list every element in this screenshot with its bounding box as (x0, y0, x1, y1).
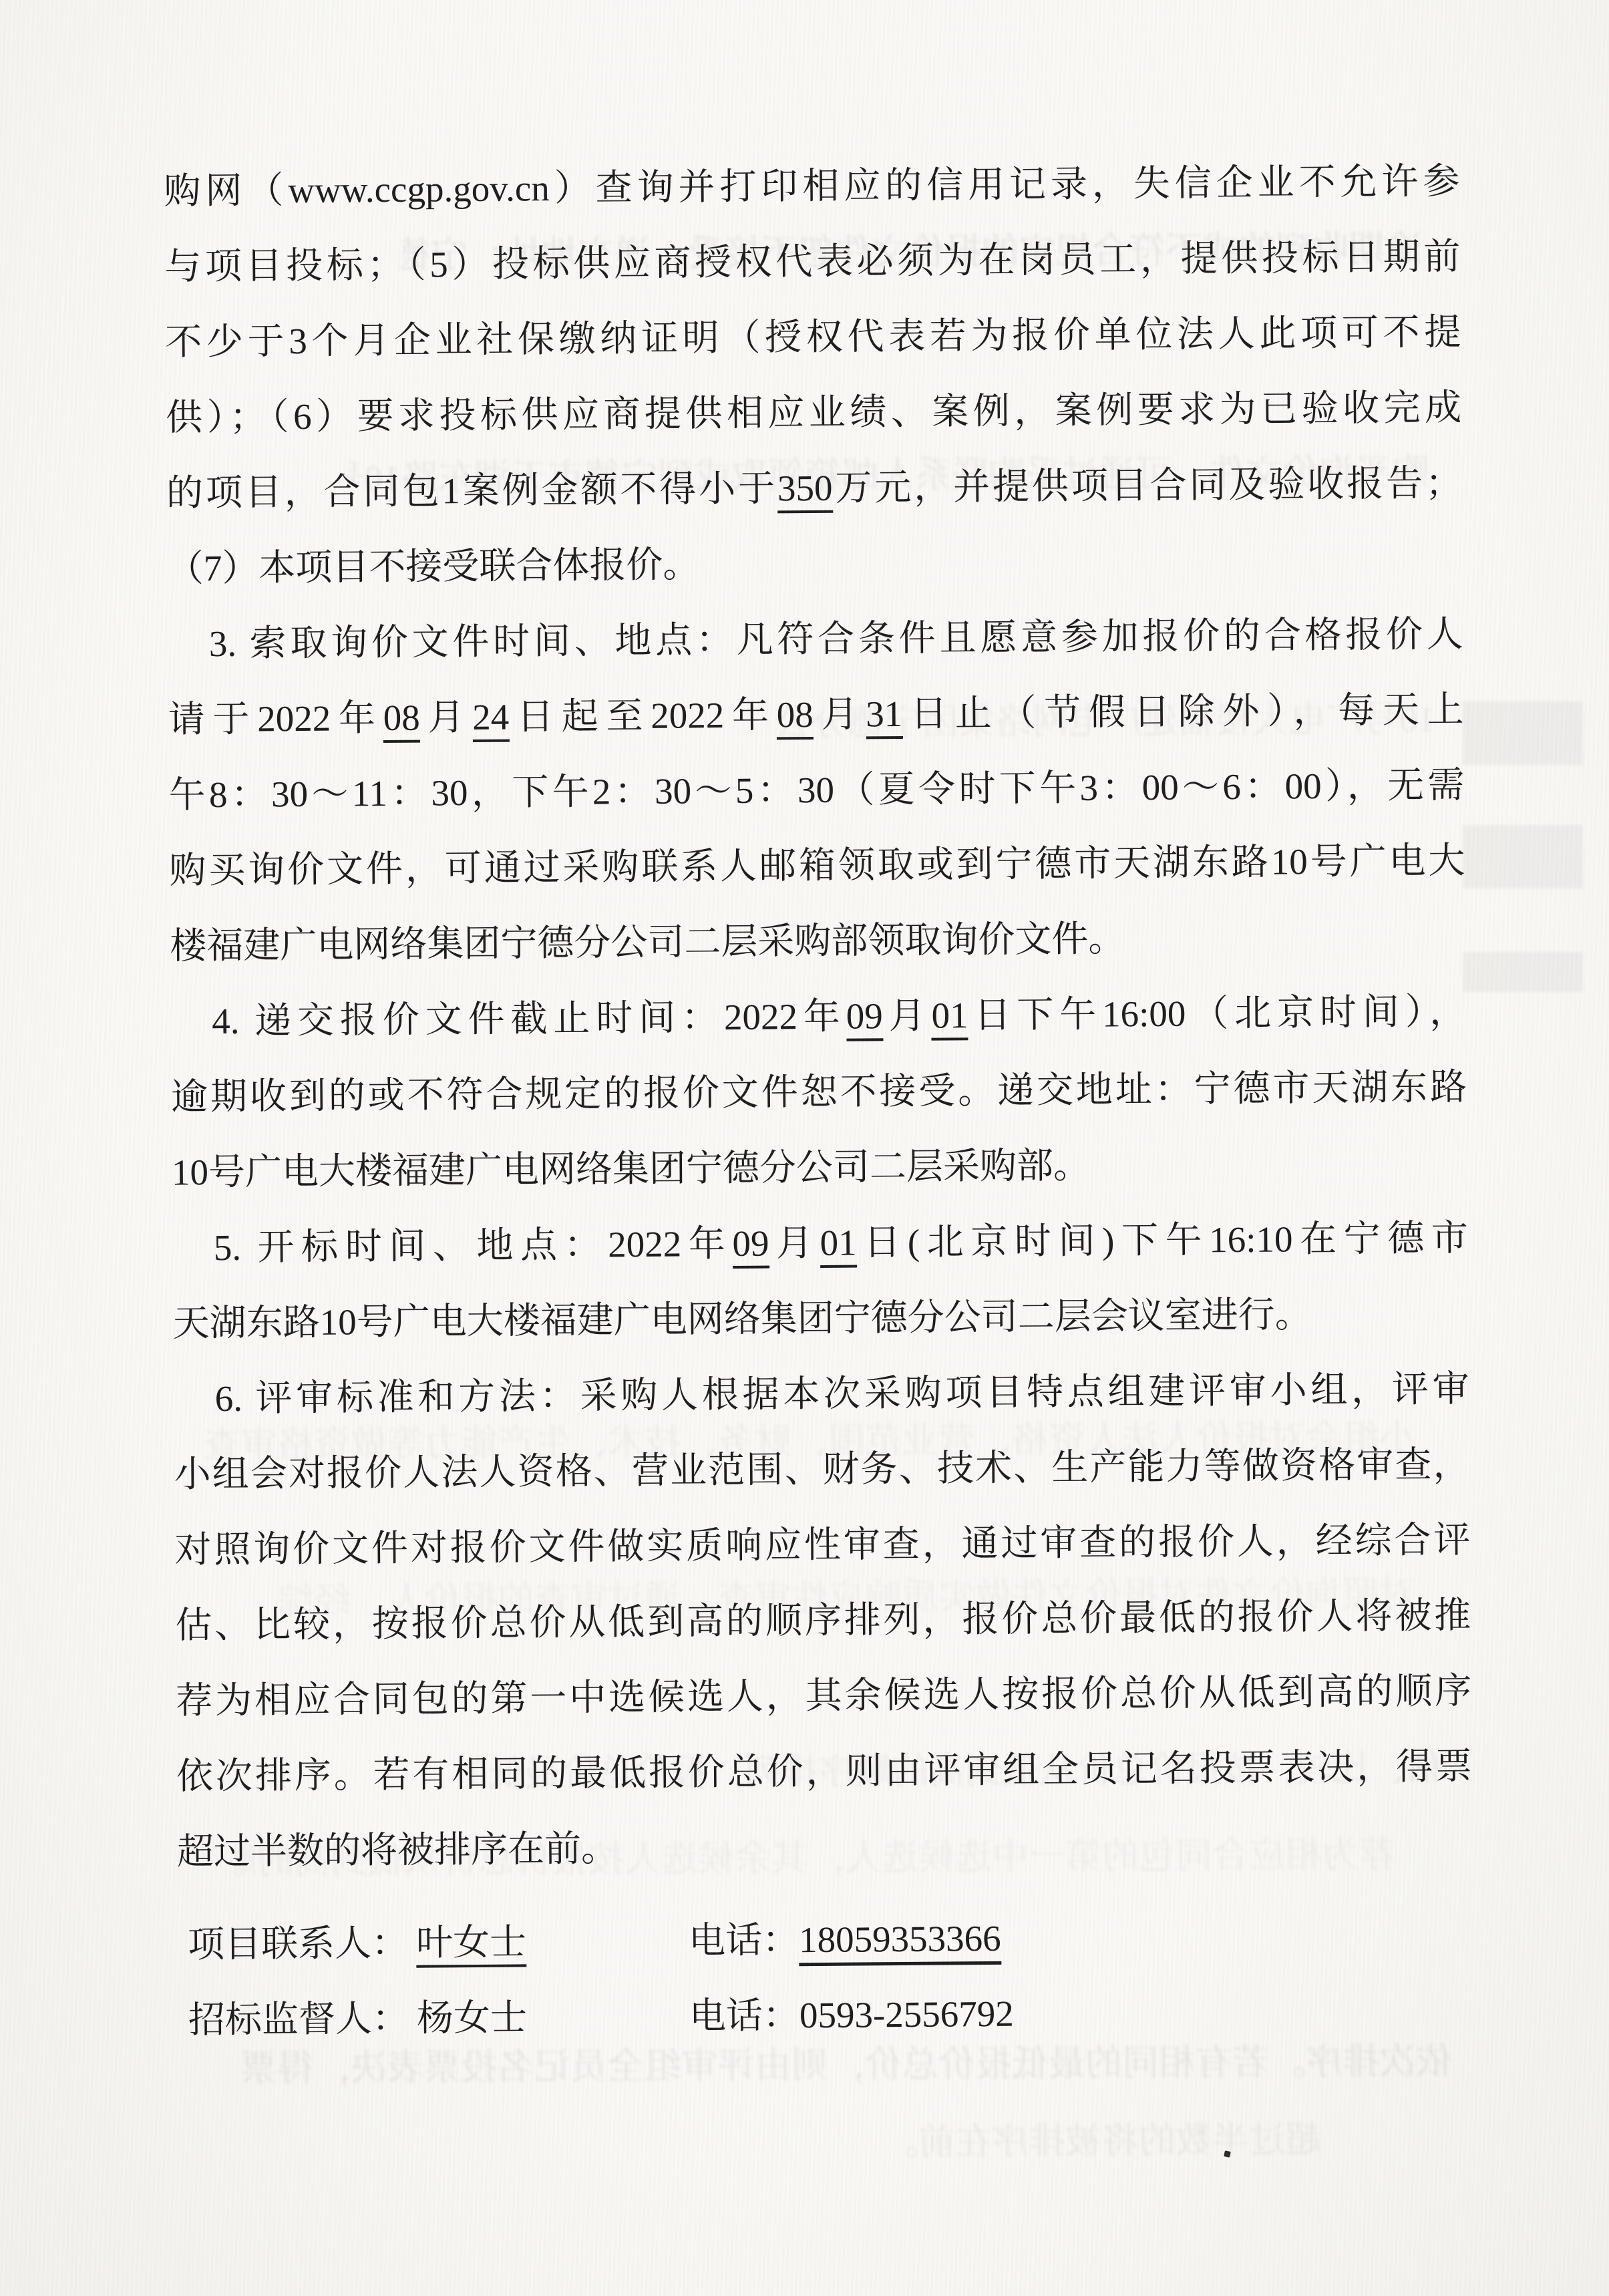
text-segment: 依次排序。若有相同的最低报价总价，则由评审组全员记名投票表决，得票 (176, 1746, 1472, 1796)
text-segment: 的项目，合同包1案例金额不得小于 (166, 468, 777, 513)
text-segment: 供）；（6）要求投标供应商提供相应业绩、案例，案例要求为已验收完成 (166, 387, 1461, 438)
text-line: 对照询价文件对报价文件做实质响应性审查，通过审查的报价人，经综合评 (174, 1502, 1471, 1587)
text-segment: 购买询价文件，可通过采购联系人邮箱领取或到宁德市天湖东路10号广电大 (169, 840, 1465, 890)
underlined-month: 09 (732, 1223, 769, 1269)
text-segment: 日(北京时间)下午16:10在宁德市 (856, 1217, 1468, 1263)
contact-label: 招标监督人： (188, 1998, 409, 2041)
text-line: 依次排序。若有相同的最低报价总价，则由评审组全员记名投票表决，得票 (176, 1728, 1473, 1814)
text-segment: 天湖东路10号广电大楼福建广电网络集团宁德分公司二层会议室进行。 (173, 1294, 1312, 1343)
bleedthrough-mark (1463, 952, 1583, 992)
text-line: 10号广电大楼福建广电网络集团宁德分公司二层采购部。 (172, 1124, 1468, 1210)
text-segment: 3. 索取询价文件时间、地点：凡符合条件且愿意参加报价的合格报价人 (209, 613, 1463, 664)
contact-label: 项目联系人： (188, 1923, 408, 1965)
bleedthrough-mark (1463, 701, 1583, 765)
text-segment: 对照询价文件对报价文件做实质响应性审查，通过审查的报价人，经综合评 (174, 1519, 1470, 1570)
text-line: 与项目投标；（5）投标供应商授权代表必须为在岗员工，提供投标日期前 (164, 218, 1461, 304)
text-segment: 楼福建广电网络集团宁德分公司二层采购部领取询价文件。 (170, 918, 1125, 966)
ink-speck (1224, 2150, 1231, 2158)
bleedthrough-mark (1463, 825, 1583, 888)
bleedthrough-text: 超过半数的将被排序在前。 (334, 2113, 1322, 2172)
text-segment: 日起至2022年 (509, 694, 777, 737)
text-segment: 逾期收到的或不符合规定的报价文件恕不接受。递交地址：宁德市天湖东路 (171, 1066, 1467, 1117)
text-line: 估、比较，按报价总价从低到高的顺序排列，报价总价最低的报价人将被推 (175, 1577, 1471, 1663)
text-segment: 月 (883, 995, 932, 1037)
text-segment: 请于2022年 (168, 697, 383, 740)
text-line: 楼福建广电网络集团宁德分公司二层采购部领取询价文件。 (170, 898, 1466, 983)
phone-group: 电话：0593-2556792 (689, 1976, 1015, 2054)
underlined-day: 01 (931, 995, 968, 1040)
phone-label: 电话： (689, 1919, 799, 1961)
text-line: 小组会对报价人法人资格、营业范围、财务、技术、生产能力等做资格审查， (174, 1426, 1470, 1512)
scanned-document-page: 逾期收到的或不符合规定的报价文件恕不接受。递交地址：宁德市天湖东路 购买询价文件… (0, 0, 1609, 2296)
document-body: 购网（www.ccgp.gov.cn）查询并打印相应的信用记录，失信企业不允许参… (164, 143, 1474, 2058)
text-line: 超过半数的将被排序在前。 (177, 1804, 1473, 1889)
text-line: （7）本项目不接受联合体报价。 (166, 520, 1463, 606)
text-segment: 超过半数的将被排序在前。 (177, 1828, 618, 1872)
phone-number: 0593-2556792 (799, 1993, 1014, 2036)
text-segment: 10号广电大楼福建广电网络集团宁德分公司二层采购部。 (172, 1145, 1090, 1193)
text-line: 供）；（6）要求投标供应商提供相应业绩、案例，案例要求为已验收完成 (166, 369, 1462, 455)
phone-group: 电话：18059353366 (689, 1901, 1001, 1979)
text-line-section4: 4. 递交报价文件截止时间：2022年09月01日下午16:00（北京时间）， (170, 973, 1467, 1059)
contact-name: 叶女士 (416, 1921, 527, 1967)
text-segment: 月 (419, 697, 472, 738)
text-segment: 与项目投标；（5）投标供应商授权代表必须为在岗员工，提供投标日期前 (164, 236, 1460, 287)
underlined-day: 31 (866, 693, 903, 739)
contact-row-supervisor: 招标监督人：杨女士 电话：0593-2556792 (178, 1972, 1475, 2058)
text-segment: 不少于3个月企业社保缴纳证明（授权代表若为报价单位法人此项可不提 (165, 311, 1461, 362)
text-segment: 午8：30～11：30，下午2：30～5：30（夏令时下午3：00～6：00），… (168, 764, 1464, 815)
underlined-day: 24 (472, 697, 510, 742)
underlined-month: 09 (846, 995, 884, 1041)
text-line: 的项目，合同包1案例金额不得小于350万元，并提供项目合同及验收报告； (166, 445, 1463, 530)
text-segment: 万元，并提供项目合同及验收报告； (832, 462, 1462, 508)
contact-row-project: 项目联系人：叶女士 电话：18059353366 (178, 1897, 1474, 1982)
text-line: 请于2022年08月24日起至2022年08月31日止（节假日除外），每天上 (168, 671, 1464, 757)
text-line: 荐为相应合同包的第一中选候选人，其余候选人按报价总价从低到高的顺序 (176, 1653, 1472, 1738)
contact-name: 杨女士 (417, 1997, 527, 2038)
text-line: 购网（www.ccgp.gov.cn）查询并打印相应的信用记录，失信企业不允许参 (164, 143, 1460, 228)
text-line: 不少于3个月企业社保缴纳证明（授权代表若为报价单位法人此项可不提 (165, 294, 1461, 379)
phone-number: 18059353366 (799, 1918, 1001, 1966)
text-line-section5: 5. 开标时间、地点：2022年09月01日(北京时间)下午16:10在宁德市 (172, 1200, 1468, 1285)
text-segment: 6. 评审标准和方法：采购人根据本次采购项目特点组建评审小组，评审 (214, 1368, 1469, 1419)
text-segment: 月 (769, 1222, 820, 1264)
text-segment: 荐为相应合同包的第一中选候选人，其余候选人按报价总价从低到高的顺序 (176, 1670, 1471, 1721)
text-segment: 月 (814, 693, 866, 735)
text-line-section6: 6. 评审标准和方法：采购人根据本次采购项目特点组建评审小组，评审 (173, 1351, 1469, 1436)
phone-label: 电话： (689, 1995, 799, 2036)
underlined-amount: 350 (777, 468, 833, 514)
text-segment: 日下午16:00（北京时间）， (968, 991, 1466, 1035)
text-line: 天湖东路10号广电大楼福建广电网络集团宁德分公司二层会议室进行。 (172, 1275, 1469, 1361)
text-line-section3: 3. 索取询价文件时间、地点：凡符合条件且愿意参加报价的合格报价人 (167, 596, 1463, 681)
text-segment: 日止（节假日除外），每天上 (902, 689, 1464, 734)
text-segment: （7）本项目不接受联合体报价。 (167, 544, 700, 589)
text-segment: 估、比较，按报价总价从低到高的顺序排列，报价总价最低的报价人将被推 (175, 1595, 1471, 1645)
underlined-day: 01 (820, 1222, 857, 1268)
text-segment: 购网（www.ccgp.gov.cn）查询并打印相应的信用记录，失信企业不允许参 (164, 160, 1459, 211)
text-line: 购买询价文件，可通过采购联系人邮箱领取或到宁德市天湖东路10号广电大 (169, 822, 1465, 908)
text-segment: 4. 递交报价文件截止时间：2022年 (212, 996, 846, 1041)
text-segment: 5. 开标时间、地点：2022年 (214, 1223, 733, 1268)
text-line: 逾期收到的或不符合规定的报价文件恕不接受。递交地址：宁德市天湖东路 (171, 1049, 1467, 1134)
underlined-month: 08 (383, 697, 420, 743)
underlined-month: 08 (777, 694, 814, 740)
text-line: 午8：30～11：30，下午2：30～5：30（夏令时下午3：00～6：00），… (168, 747, 1465, 832)
text-segment: 小组会对报价人法人资格、营业范围、财务、技术、生产能力等做资格审查， (174, 1444, 1469, 1494)
